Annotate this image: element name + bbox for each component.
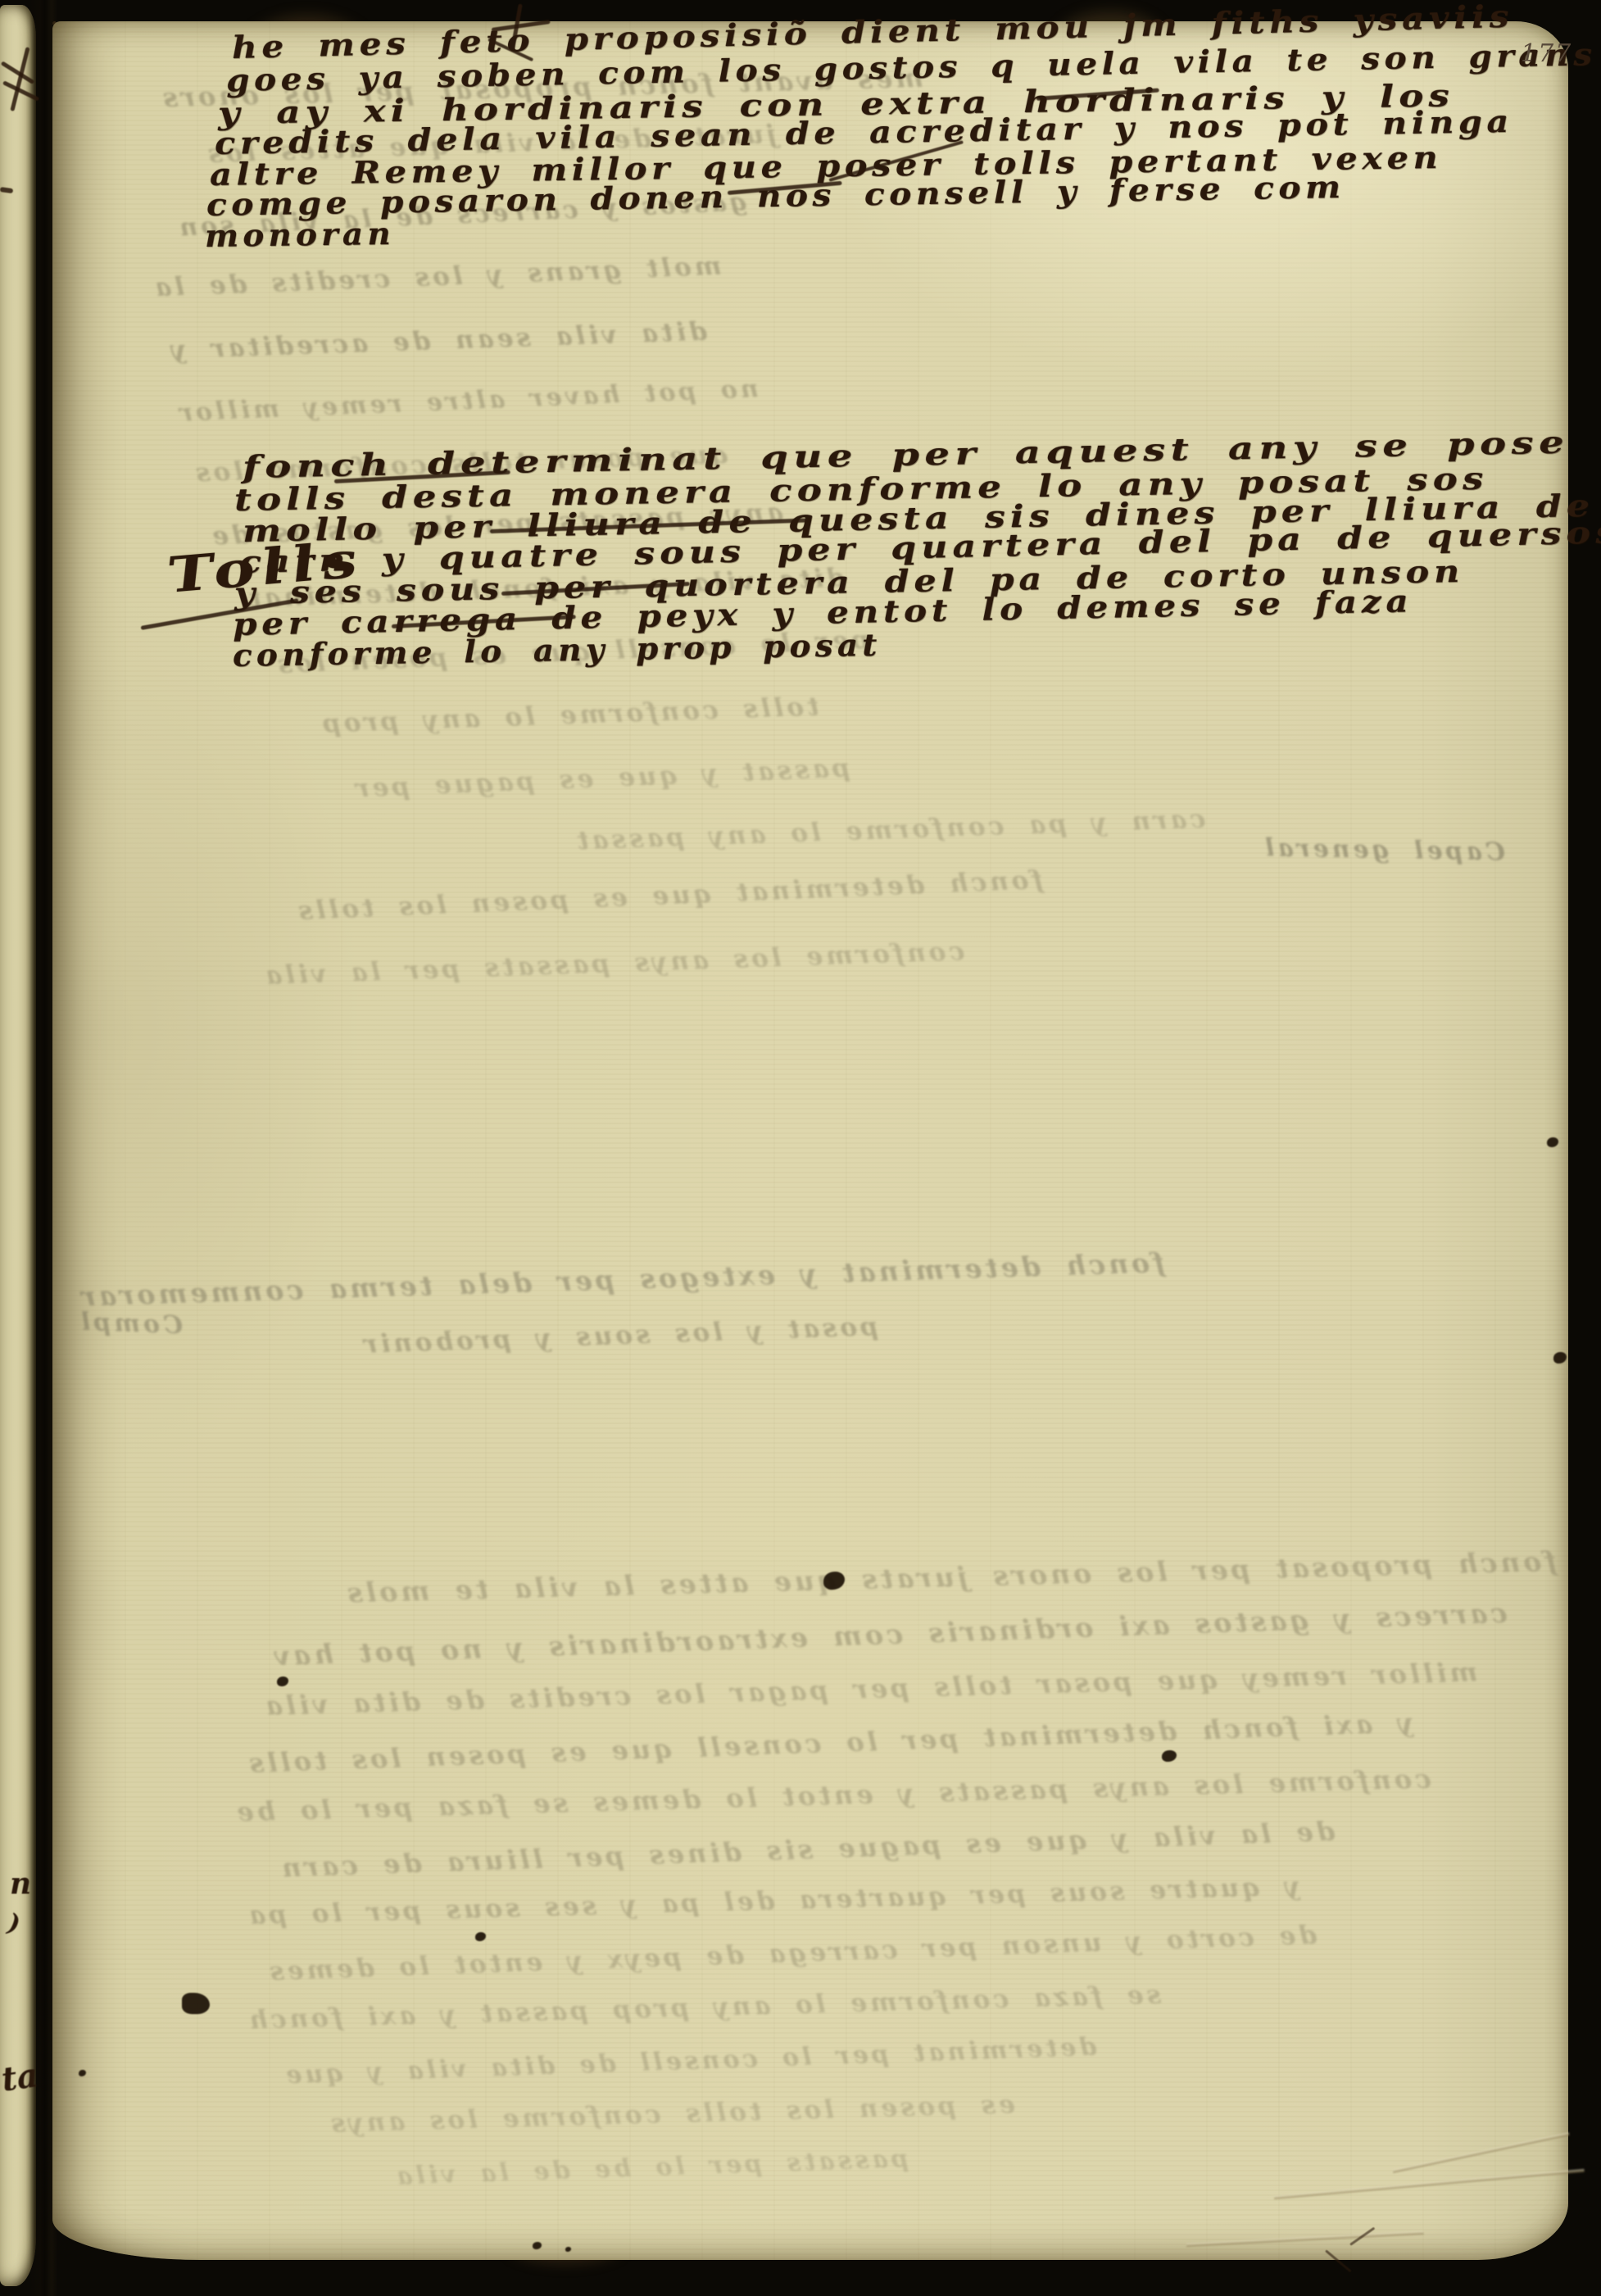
previous-page-edge [0, 5, 36, 2286]
manuscript-scan: mes avant fonch proposat per los onors j… [0, 0, 1601, 2296]
page-sheet [52, 21, 1568, 2260]
